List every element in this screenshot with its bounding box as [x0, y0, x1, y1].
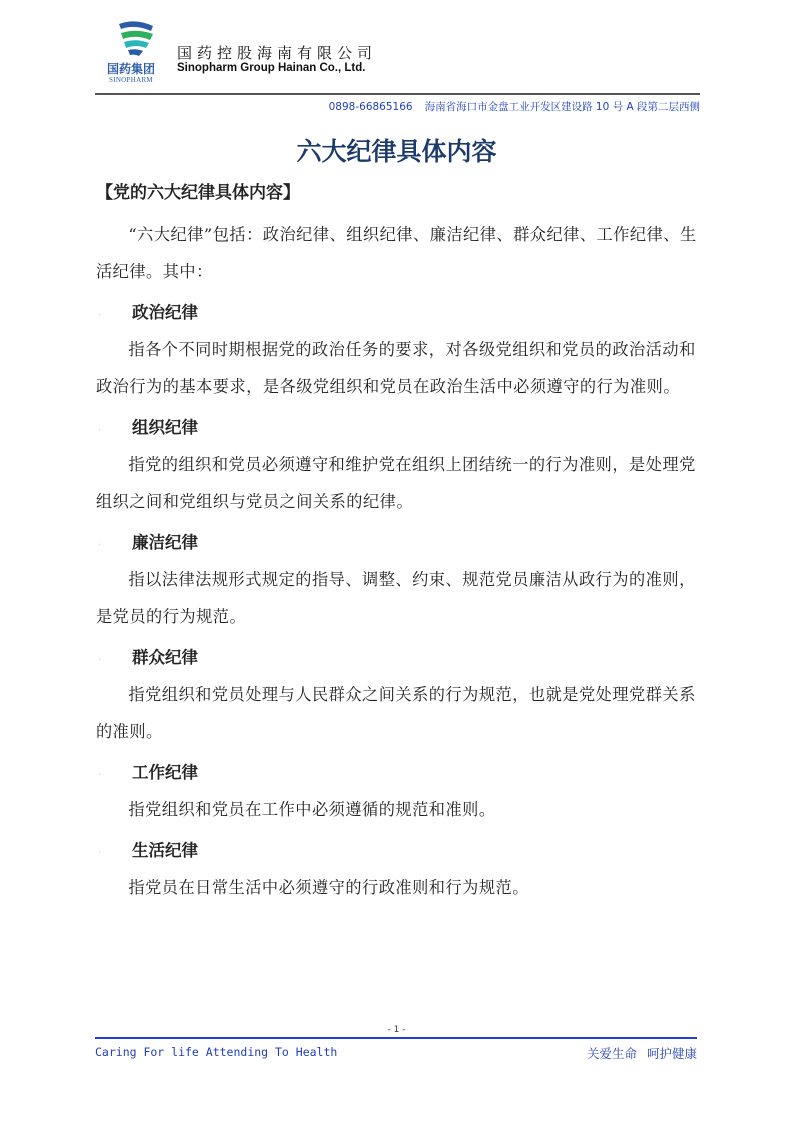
page-header: 国药集团 SINOPHARM 国药控股海南有限公司 Sinopharm Grou… — [95, 18, 700, 118]
discipline-heading-organizational: .组织纪律 — [96, 409, 701, 446]
discipline-text-mass: 指党组织和党员处理与人民群众之间关系的行为规范，也就是党处理党群关系的准则。 — [96, 676, 701, 750]
discipline-text-political: 指各个不同时期根据党的政治任务的要求，对各级党组织和党员的政治活动和政治行为的基… — [96, 331, 701, 405]
logo-name-en: SINOPHARM — [109, 76, 153, 84]
intro-paragraph: “六大纪律”包括：政治纪律、组织纪律、廉洁纪律、群众纪律、工作纪律、生活纪律。其… — [96, 216, 701, 290]
footer-slogan-en: Caring For life Attending To Health — [95, 1045, 337, 1059]
footer-divider — [95, 1037, 697, 1039]
list-marker: . — [98, 294, 101, 331]
discipline-text-organizational: 指党的组织和党员必须遵守和维护党在组织上团结统一的行为准则，是处理党组织之间和党… — [96, 446, 701, 520]
list-marker: . — [98, 754, 101, 791]
list-marker: . — [98, 524, 101, 561]
page-number: - 1 - — [0, 1025, 793, 1035]
discipline-text-work: 指党组织和党员在工作中必须遵循的规范和准则。 — [96, 791, 701, 828]
section-heading: 【党的六大纪律具体内容】 — [96, 178, 300, 203]
list-marker: . — [98, 409, 101, 446]
document-body: “六大纪律”包括：政治纪律、组织纪律、廉洁纪律、群众纪律、工作纪律、生活纪律。其… — [96, 216, 701, 906]
discipline-text-life: 指党员在日常生活中必须遵守的行政准则和行为规范。 — [96, 869, 701, 906]
discipline-heading-work: .工作纪律 — [96, 754, 701, 791]
sinopharm-wave-icon — [115, 20, 157, 60]
footer-slogan-cn: 关爱生命呵护健康 — [587, 1044, 697, 1062]
list-marker: . — [98, 639, 101, 676]
company-logo: 国药集团 SINOPHARM — [105, 20, 167, 88]
discipline-heading-life: .生活纪律 — [96, 832, 701, 869]
header-divider — [95, 93, 700, 95]
discipline-heading-mass: .群众纪律 — [96, 639, 701, 676]
logo-name-cn: 国药集团 — [107, 60, 155, 77]
company-name-cn: 国药控股海南有限公司 — [177, 42, 377, 63]
address: 海南省海口市金盘工业开发区建设路 10 号 A 段第二层西侧 — [425, 101, 700, 113]
slogan-cn-part-2: 呵护健康 — [647, 1046, 697, 1061]
list-marker: . — [98, 832, 101, 869]
phone-number: 0898-66865166 — [329, 101, 413, 113]
slogan-cn-part-1: 关爱生命 — [587, 1046, 637, 1061]
discipline-heading-integrity: .廉洁纪律 — [96, 524, 701, 561]
company-name-en: Sinopharm Group Hainan Co., Ltd. — [177, 62, 365, 74]
document-title: 六大纪律具体内容 — [0, 132, 793, 168]
contact-line: 0898-66865166海南省海口市金盘工业开发区建设路 10 号 A 段第二… — [329, 99, 700, 114]
discipline-text-integrity: 指以法律法规形式规定的指导、调整、约束、规范党员廉洁从政行为的准则，是党员的行为… — [96, 561, 701, 635]
discipline-heading-political: .政治纪律 — [96, 294, 701, 331]
